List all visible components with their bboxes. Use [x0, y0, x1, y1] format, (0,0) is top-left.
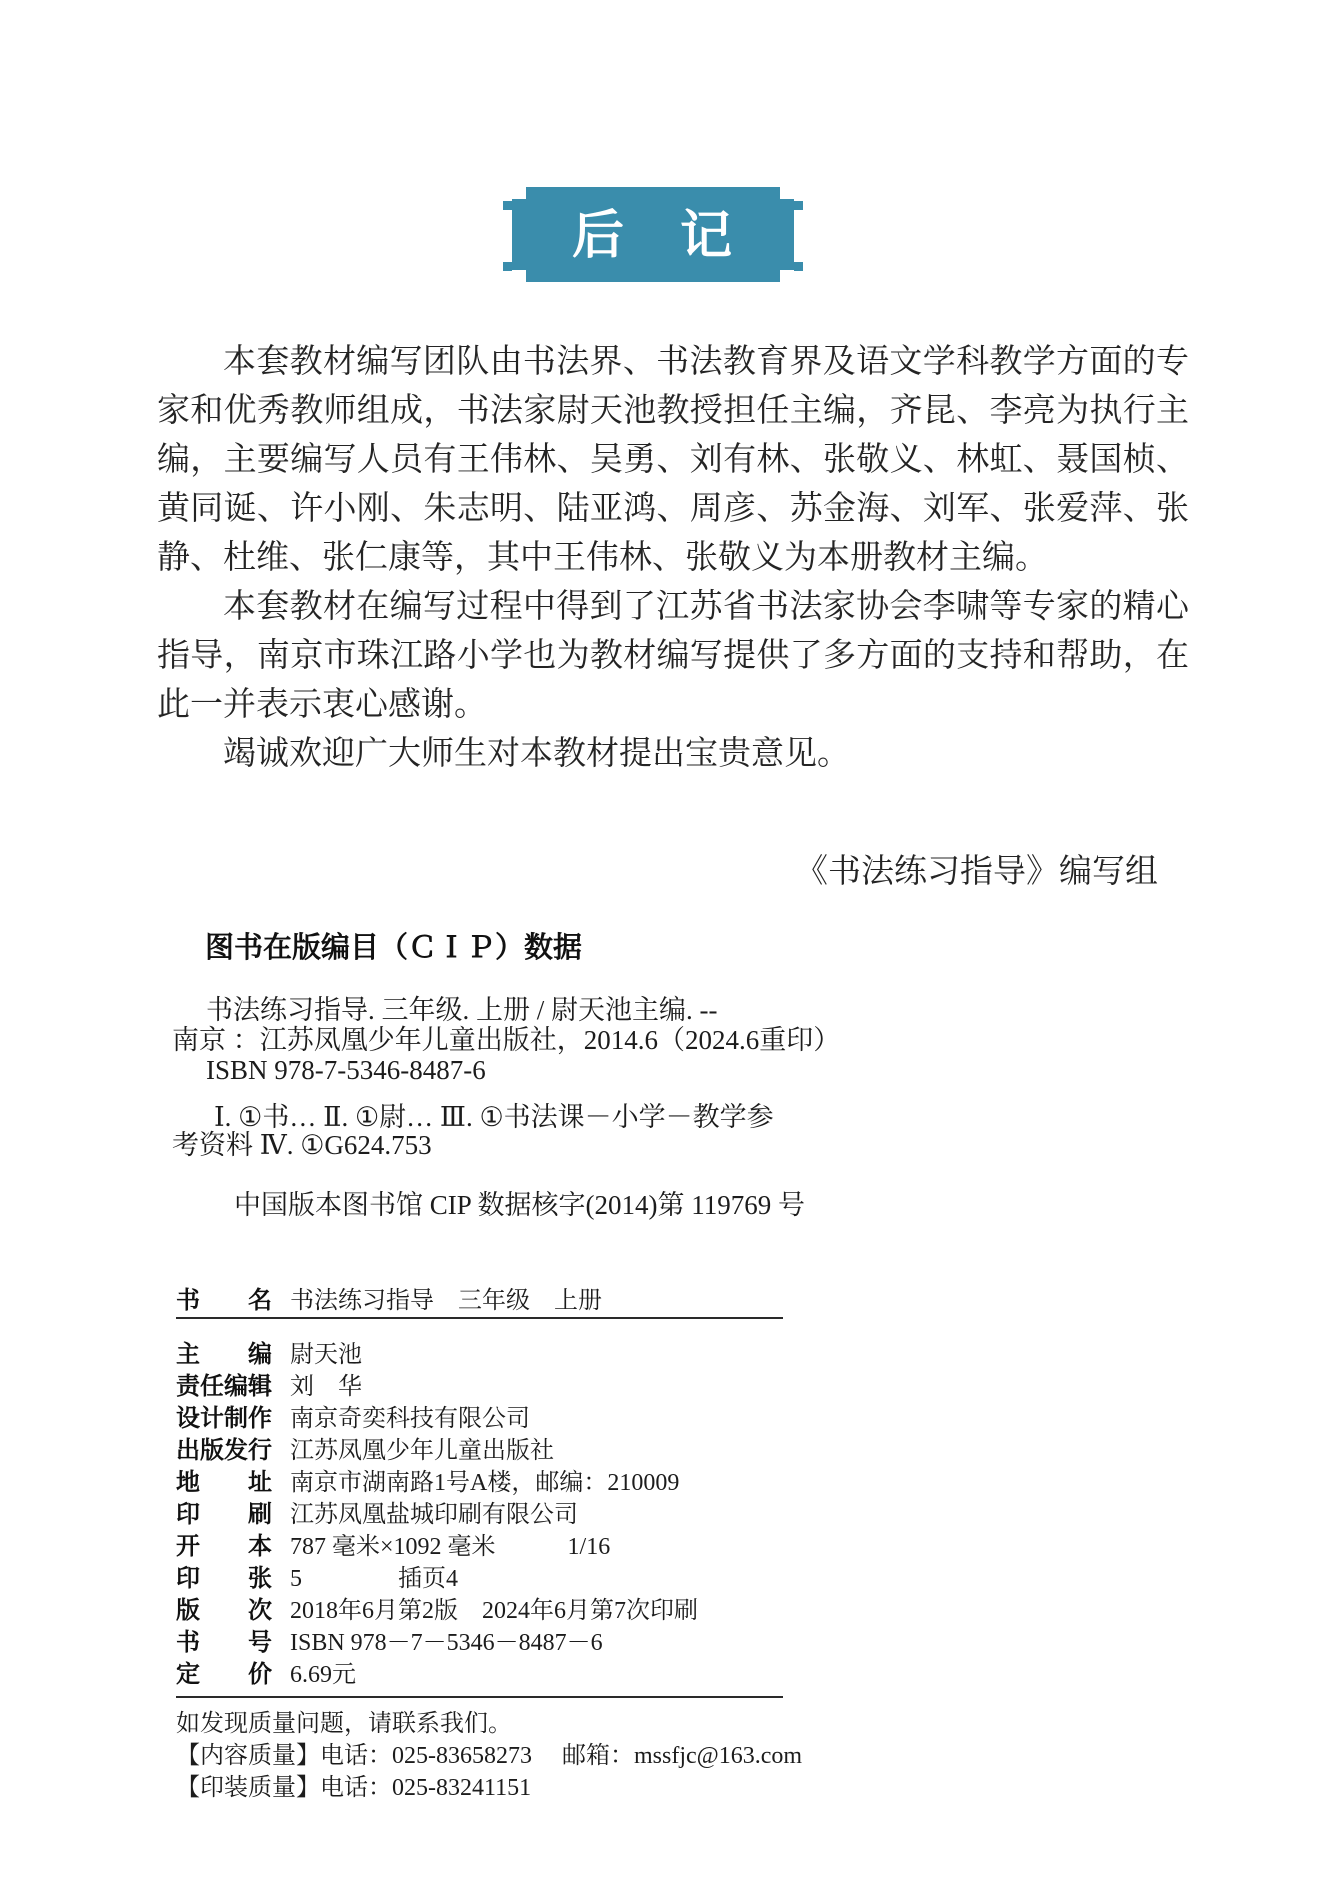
- cip-heading: 图书在版编目（ＣＩＰ）数据: [205, 925, 582, 966]
- table-row-chief-editor: 主 编 尉天池: [176, 1335, 783, 1367]
- table-row-sheets: 印 张 5 插页4: [176, 1559, 783, 1591]
- corner-pixel-top-right: [794, 201, 803, 210]
- table-row-publisher: 出版发行 江苏凤凰少年儿童出版社: [176, 1431, 783, 1463]
- row-label: 设计制作: [176, 1398, 280, 1433]
- table-row-format: 开 本 787 毫米×1092 毫米 1/16: [176, 1527, 783, 1559]
- afterword-banner: 后 记: [503, 187, 803, 282]
- cip-isbn-line: ISBN 978-7-5346-8487-6: [172, 1055, 852, 1085]
- colophon-table: 书 名 书法练习指导 三年级 上册 主 编 尉天池 责任编辑 刘 华 设计制作 …: [176, 1282, 783, 1698]
- row-value: 5 插页4: [290, 1558, 458, 1593]
- book-colophon-page: 后 记 本套教材编写团队由书法界、书法教育界及语文学科教学方面的专家和优秀教师组…: [0, 0, 1332, 1885]
- banner-shape: 后 记: [512, 187, 794, 282]
- cip-publisher-line: 南京 ：江苏凤凰少年儿童出版社，2014.6（2024.6重印）: [172, 1025, 852, 1055]
- cip-title-group: 书法练习指导. 三年级. 上册 / 尉天池主编. -- 南京 ：江苏凤凰少年儿童…: [172, 995, 852, 1085]
- quality-print-line: 【印装质量】电话：025-83241151: [176, 1772, 876, 1804]
- afterword-body: 本套教材编写团队由书法界、书法教育界及语文学科教学方面的专家和优秀教师组成，书法…: [157, 338, 1189, 779]
- table-row-book-title: 书 名 书法练习指导 三年级 上册: [176, 1282, 783, 1312]
- row-value: 南京市湖南路1号A楼，邮编：210009: [290, 1462, 679, 1497]
- quality-contact: 如发现质量问题，请联系我们。 【内容质量】电话：025-83658273 邮箱：…: [176, 1708, 876, 1804]
- quality-content-line: 【内容质量】电话：025-83658273 邮箱：mssfjc@163.com: [176, 1740, 876, 1772]
- row-value: 6.69元: [290, 1654, 356, 1689]
- table-row-address: 地 址 南京市湖南路1号A楼，邮编：210009: [176, 1463, 783, 1495]
- cip-title-line: 书法练习指导. 三年级. 上册 / 尉天池主编. --: [172, 995, 852, 1025]
- row-value: ISBN 978－7－5346－8487－6: [290, 1622, 603, 1657]
- afterword-paragraph-1: 本套教材编写团队由书法界、书法教育界及语文学科教学方面的专家和优秀教师组成，书法…: [157, 338, 1189, 583]
- cip-class-group: Ⅰ. ①书… Ⅱ. ①尉… Ⅲ. ①书法课－小学－教学参 考资料 Ⅳ. ①G62…: [172, 1103, 852, 1159]
- table-row-design: 设计制作 南京奇奕科技有限公司: [176, 1399, 783, 1431]
- row-value: 南京奇奕科技有限公司: [290, 1398, 530, 1433]
- editorial-group-signature: 《书法练习指导》编写组: [157, 848, 1189, 897]
- cip-class-line-1: Ⅰ. ①书… Ⅱ. ①尉… Ⅲ. ①书法课－小学－教学参: [172, 1103, 852, 1131]
- cip-class-line-2: 考资料 Ⅳ. ①G624.753: [172, 1131, 852, 1159]
- table-row-responsible-editor: 责任编辑 刘 华: [176, 1367, 783, 1399]
- row-value: 书法练习指导 三年级 上册: [290, 1280, 602, 1315]
- row-label: 印 刷: [176, 1494, 280, 1529]
- table-row-isbn: 书 号 ISBN 978－7－5346－8487－6: [176, 1623, 783, 1655]
- row-label: 书 名: [176, 1280, 280, 1315]
- divider-rule-bottom: [176, 1696, 783, 1698]
- row-value: 2018年6月第2版 2024年6月第7次印刷: [290, 1590, 698, 1625]
- table-row-printer: 印 刷 江苏凤凰盐城印刷有限公司: [176, 1495, 783, 1527]
- corner-pixel-top-left: [503, 201, 512, 210]
- row-value: 787 毫米×1092 毫米 1/16: [290, 1526, 610, 1561]
- cip-record-line: 中国版本图书馆 CIP 数据核字(2014)第 119769 号: [172, 1183, 852, 1222]
- row-label: 版 次: [176, 1590, 280, 1625]
- row-label: 主 编: [176, 1334, 280, 1369]
- row-label: 出版发行: [176, 1430, 280, 1465]
- row-label: 开 本: [176, 1526, 280, 1561]
- corner-pixel-bottom-right: [794, 262, 803, 271]
- table-row-price: 定 价 6.69元: [176, 1655, 783, 1687]
- divider-rule-top: [176, 1317, 783, 1319]
- row-value: 尉天池: [290, 1334, 362, 1369]
- row-value: 江苏凤凰少年儿童出版社: [290, 1430, 554, 1465]
- afterword-paragraph-2: 本套教材在编写过程中得到了江苏省书法家协会李啸等专家的精心指导，南京市珠江路小学…: [157, 583, 1189, 730]
- row-label: 地 址: [176, 1462, 280, 1497]
- row-value: 刘 华: [290, 1366, 362, 1401]
- afterword-paragraph-3: 竭诚欢迎广大师生对本教材提出宝贵意见。: [157, 730, 1189, 779]
- row-label: 定 价: [176, 1654, 280, 1689]
- row-label: 书 号: [176, 1622, 280, 1657]
- row-label: 印 张: [176, 1558, 280, 1593]
- page-title: 后 记: [572, 207, 734, 263]
- table-row-edition: 版 次 2018年6月第2版 2024年6月第7次印刷: [176, 1591, 783, 1623]
- row-label: 责任编辑: [176, 1366, 280, 1401]
- cip-block: 书法练习指导. 三年级. 上册 / 尉天池主编. -- 南京 ：江苏凤凰少年儿童…: [172, 995, 852, 1222]
- corner-pixel-bottom-left: [503, 262, 512, 271]
- row-value: 江苏凤凰盐城印刷有限公司: [290, 1494, 578, 1529]
- quality-notice: 如发现质量问题，请联系我们。: [176, 1708, 876, 1740]
